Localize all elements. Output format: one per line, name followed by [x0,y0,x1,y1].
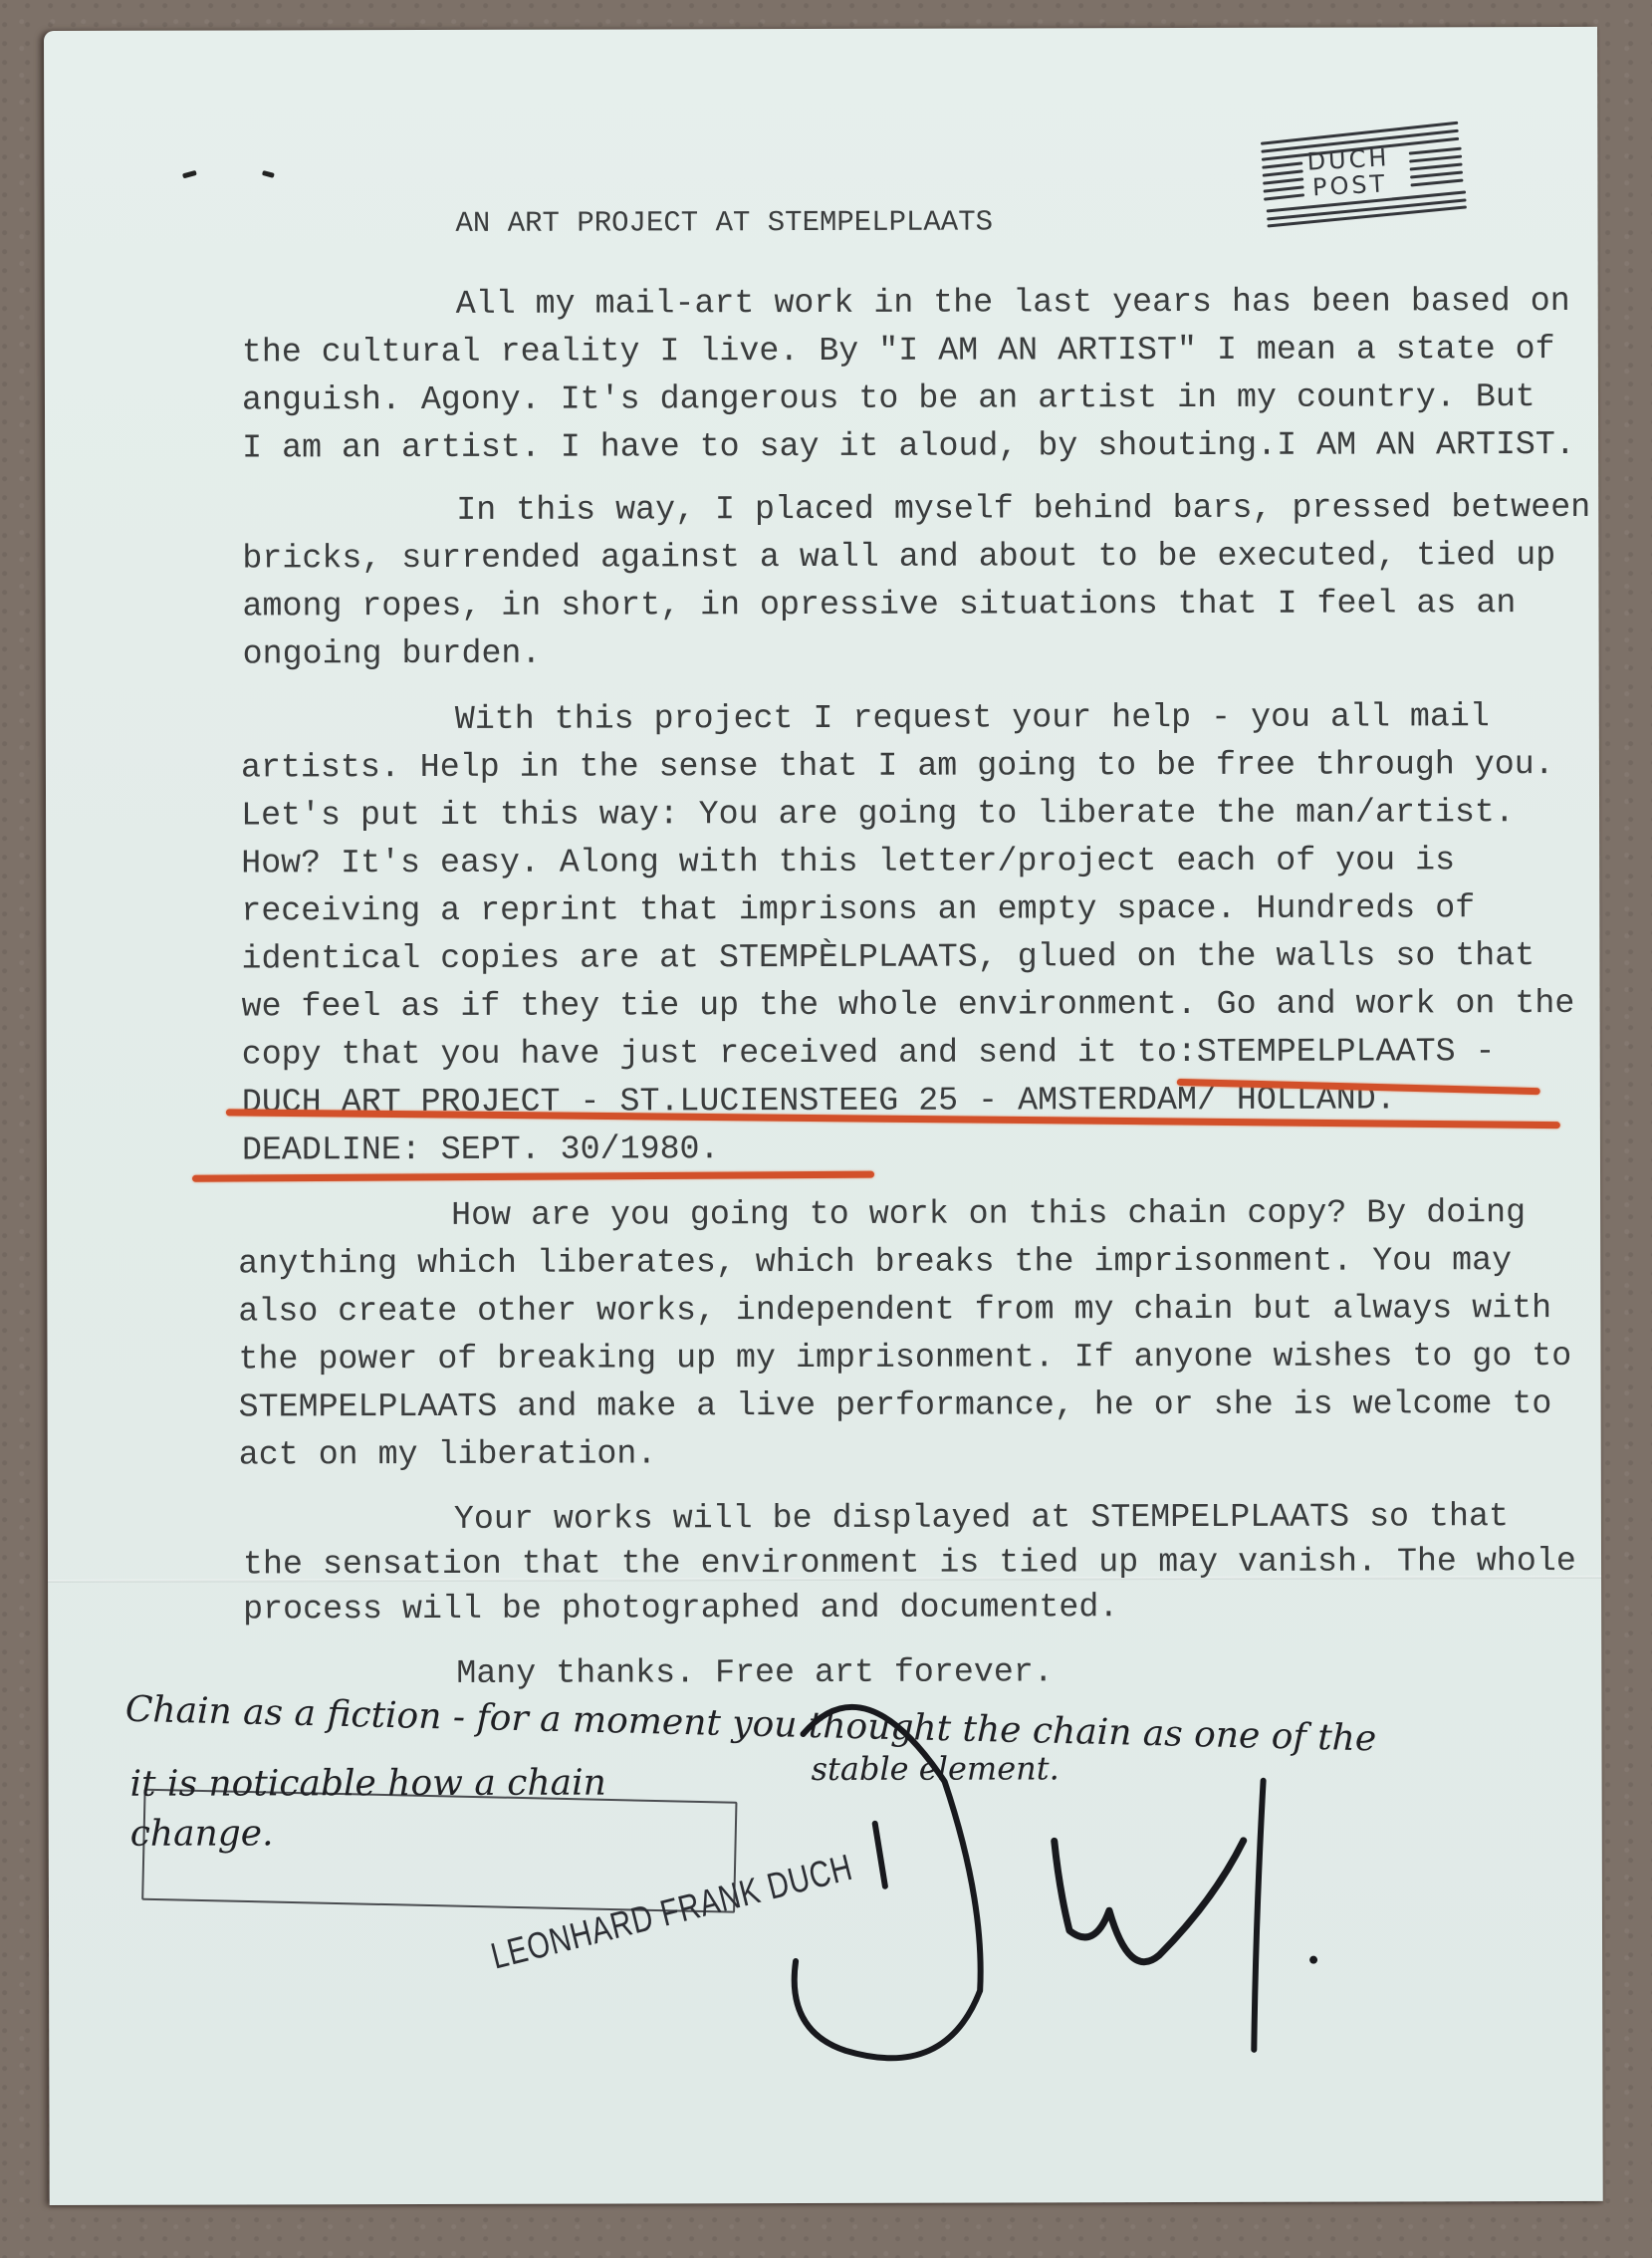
letter-paper: DUCH POST AN ART PROJECT AT STEMPELPLAAT… [44,27,1603,2205]
signature-icon [44,27,1603,2205]
